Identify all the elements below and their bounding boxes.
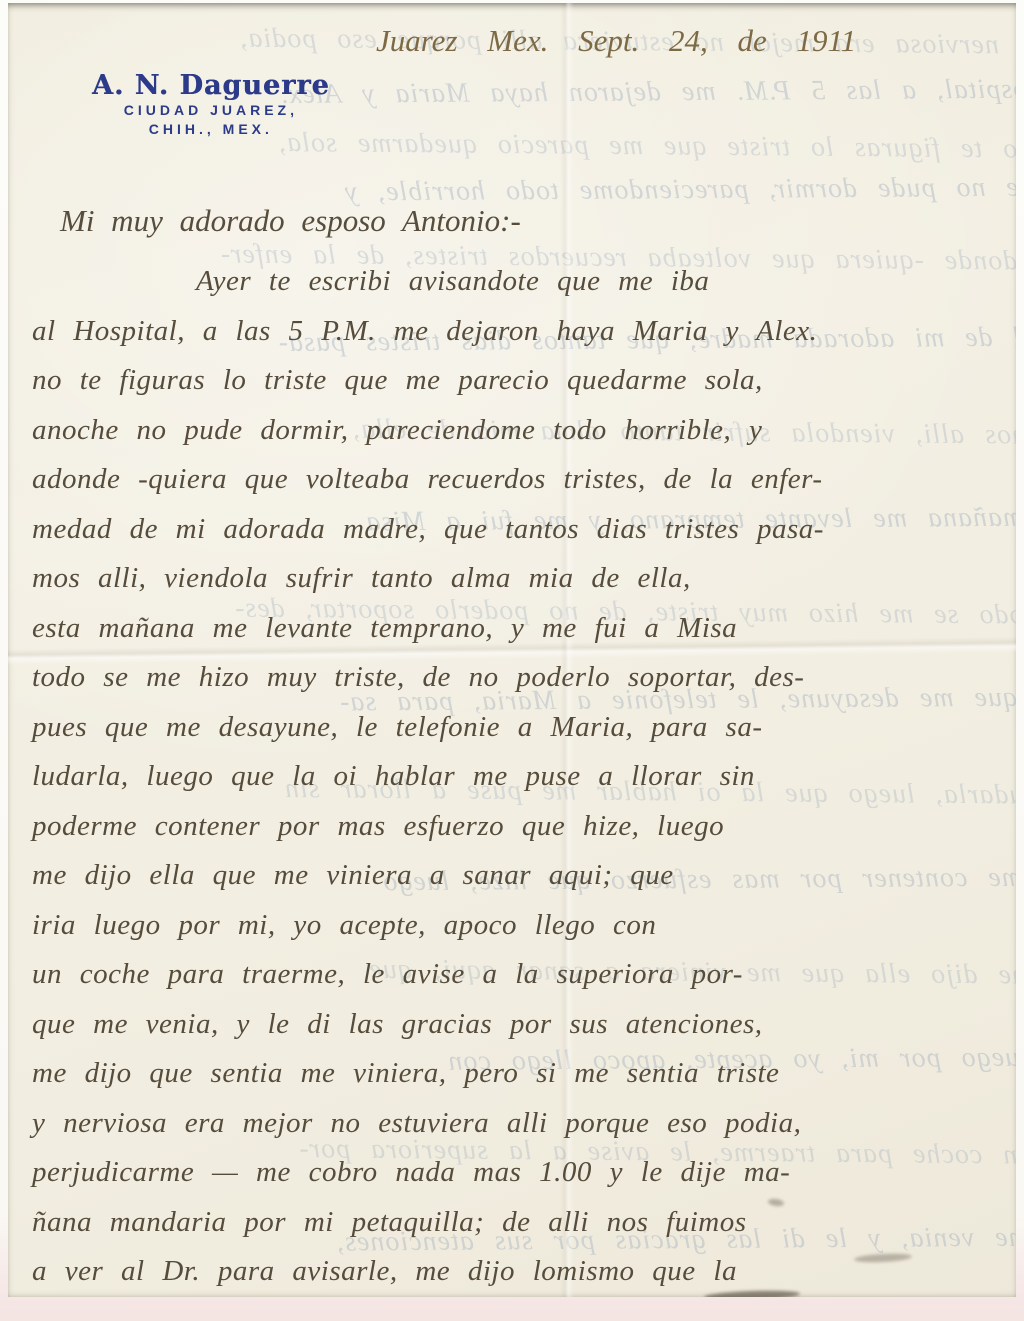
body-line: me dijo que sentia me viniera, pero si m… bbox=[32, 1049, 1016, 1099]
body-line: mos alli, viendola sufrir tanto alma mia… bbox=[32, 554, 1016, 604]
body-line: Ayer te escribi avisandote que me iba bbox=[32, 257, 1016, 307]
letter-body: Ayer te escribi avisandote que me iba al… bbox=[32, 257, 1016, 1297]
letterhead: A. N. Daguerre CIUDAD JUAREZ, CHIH., MEX… bbox=[92, 71, 330, 139]
body-line: esta mañana me levante temprano, y me fu… bbox=[32, 604, 1016, 654]
body-line: adonde -quiera que volteaba recuerdos tr… bbox=[32, 455, 1016, 505]
body-line: ludarla, luego que la oi hablar me puse … bbox=[32, 752, 1016, 802]
body-line: perjudicarme — me cobro nada mas 1.00 y … bbox=[32, 1148, 1016, 1198]
dateline: Juarez Mex. Sept. 24, de 1911 bbox=[376, 23, 876, 59]
body-line: anoche no pude dormir, pareciendome todo… bbox=[32, 406, 1016, 456]
body-line: iria luego por mi, yo acepte, apoco lleg… bbox=[32, 901, 1016, 951]
body-line: ñana mandaria por mi petaquilla; de alli… bbox=[32, 1198, 1016, 1248]
letterhead-state: CHIH., MEX. bbox=[92, 120, 330, 139]
salutation: Mi muy adorado esposo Antonio:- bbox=[60, 203, 521, 239]
body-line: me dijo ella que me viniera a sanar aqui… bbox=[32, 851, 1016, 901]
letter-page: y nerviosa era mejor no estuviera alli p… bbox=[8, 3, 1016, 1297]
body-line: que me venia, y le di las gracias por su… bbox=[32, 1000, 1016, 1050]
body-line: pues que me desayune, le telefonie a Mar… bbox=[32, 703, 1016, 753]
body-line: un coche para traerme, le avise a la sup… bbox=[32, 950, 1016, 1000]
body-line: y nerviosa era mejor no estuviera alli p… bbox=[32, 1099, 1016, 1149]
letterhead-city: CIUDAD JUAREZ, bbox=[92, 101, 330, 120]
body-line: no te figuras lo triste que me parecio q… bbox=[32, 356, 1016, 406]
body-line: medad de mi adorada madre, que tantos di… bbox=[32, 505, 1016, 555]
body-line: al Hospital, a las 5 P.M. me dejaron hay… bbox=[32, 307, 1016, 357]
body-line: todo se me hizo muy triste, de no poderl… bbox=[32, 653, 1016, 703]
body-line: poderme contener por mas esfuerzo que hi… bbox=[32, 802, 1016, 852]
letterhead-name: A. N. Daguerre bbox=[92, 71, 330, 101]
